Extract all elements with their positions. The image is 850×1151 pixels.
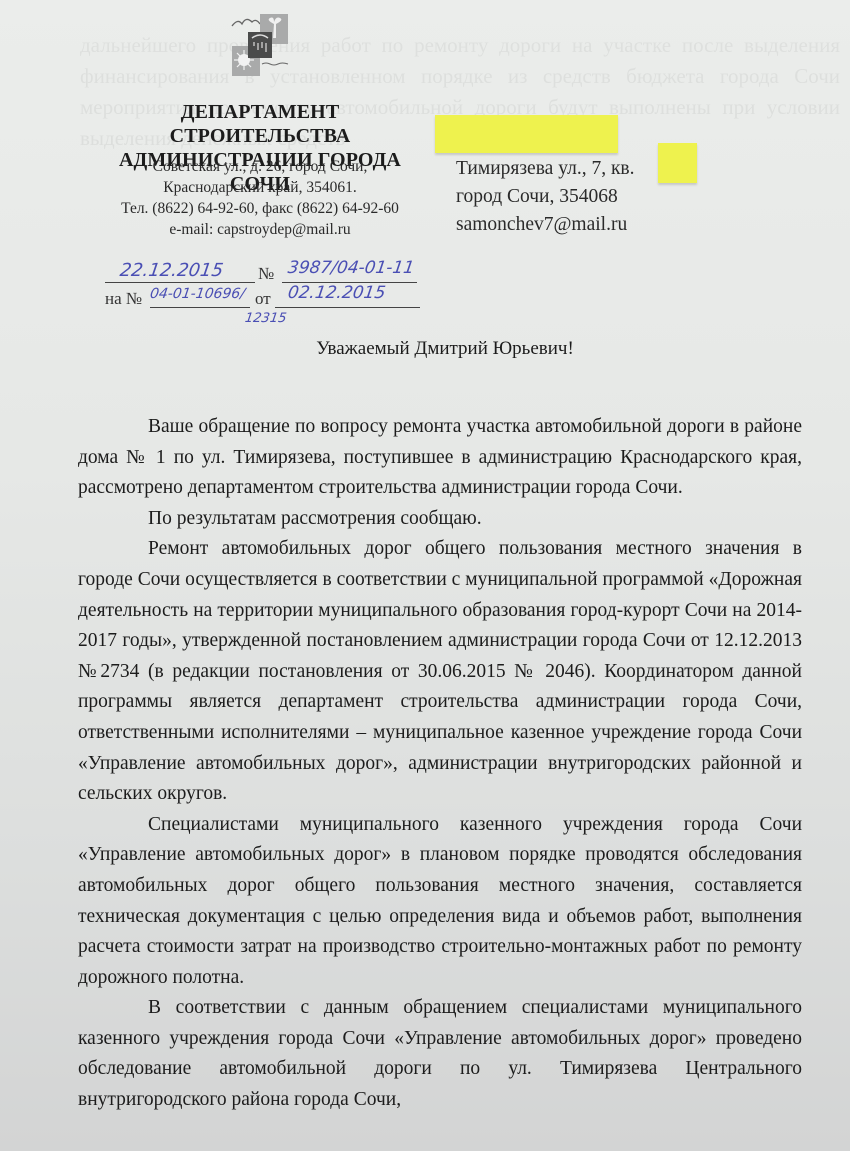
date-underline	[105, 282, 255, 283]
org-phone: Тел. (8622) 64-92-60, факс (8622) 64-92-…	[100, 198, 420, 219]
paragraph-2: По результатам рассмотрения сообщаю.	[78, 504, 802, 535]
from-label: от	[255, 289, 271, 309]
org-address-line-1: Советская ул., д. 26, город Сочи,	[100, 156, 420, 177]
recipient-email: samonchev7@mail.ru	[456, 211, 635, 239]
letter-body: Ваше обращение по вопросу ремонта участк…	[78, 412, 802, 1116]
number-label: №	[258, 264, 274, 284]
org-email: e-mail: capstroydep@mail.ru	[100, 219, 420, 240]
paragraph-4: Специалистами муниципального казенного у…	[78, 810, 802, 994]
organization-contacts: Советская ул., д. 26, город Сочи, Красно…	[100, 156, 420, 240]
ref-number: 04-01-10696/	[149, 286, 246, 302]
salutation: Уважаемый Дмитрий Юрьевич!	[0, 338, 850, 360]
org-address-line-2: Краснодарский край, 354061.	[100, 177, 420, 198]
ref-date-underline	[275, 307, 420, 308]
ref-number-extra: 12315	[244, 311, 287, 326]
org-line-1: ДЕПАРТАМЕНТ СТРОИТЕЛЬСТВА	[100, 100, 420, 148]
ref-number-label: на №	[105, 289, 142, 309]
recipient-address: Тимирязева ул., 7, кв. город Сочи, 35406…	[456, 155, 635, 239]
redaction-sticky-note-apartment	[658, 143, 697, 183]
recipient-city: город Сочи, 354068	[456, 183, 635, 211]
ref-number-underline	[150, 307, 250, 308]
paragraph-5: В соответствии с данным обращением специ…	[78, 993, 802, 1115]
sochi-coat-of-arms-icon	[230, 12, 290, 78]
recipient-street: Тимирязева ул., 7, кв.	[456, 155, 635, 183]
paragraph-1: Ваше обращение по вопросу ремонта участк…	[78, 412, 802, 504]
ref-date: 02.12.2015	[287, 283, 387, 303]
paragraph-3: Ремонт автомобильных дорог общего пользо…	[78, 534, 802, 809]
registration-date: 22.12.2015	[119, 260, 225, 281]
redaction-sticky-note-name	[435, 115, 618, 153]
registration-number: 3987/04-01-11	[287, 258, 416, 278]
